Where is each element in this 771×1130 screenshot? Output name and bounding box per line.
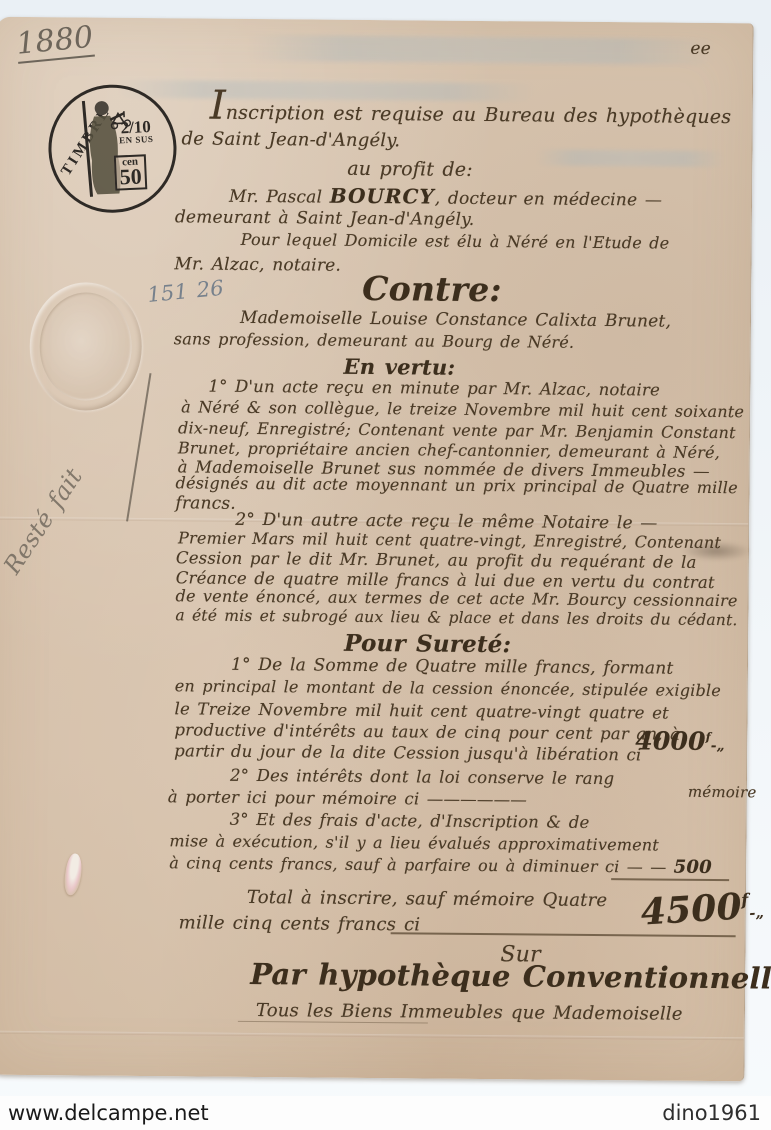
manuscript-line: 2° Des intérêts dont la loi conserve le … (230, 767, 614, 788)
manuscript-line: Mademoiselle Louise Constance Calixta Br… (240, 310, 671, 332)
beneficiary-prefix: Mr. Pascal (229, 187, 330, 208)
manuscript-title-line: Inscription est requise au Bureau des hy… (210, 95, 732, 128)
amount-total: 4500f-„ (640, 887, 765, 932)
amount-fees: 500 (674, 857, 712, 878)
revenue-stamp: TIMBRE 2/10 EN SUS cen 50 (46, 82, 179, 215)
manuscript-line: désignés au dit acte moyennant un prix p… (175, 475, 737, 497)
paper-tear (62, 852, 84, 896)
amount-principal: 4000f-„ (635, 728, 725, 755)
beneficiary-line: Mr. Pascal BOURCY, docteur en médecine — (229, 185, 662, 211)
manuscript-line: 3° Et des frais d'acte, d'Inscription & … (230, 811, 590, 831)
manuscript-line: 1° De la Somme de Quatre mille francs, f… (231, 657, 674, 679)
hypotheque-heading: Par hypothèque Conventionnelle (250, 959, 771, 994)
amount-total-value: 4500 (640, 886, 743, 934)
ledger-number-annotation: 151 26 (146, 277, 224, 306)
amount-total-suffix: -„ (749, 904, 765, 922)
watermark-bar: www.delcampe.net dino1961 (0, 1096, 771, 1130)
beneficiary-name: BOURCY (330, 184, 435, 209)
manuscript-line: partir du jour de la dite Cession jusqu'… (174, 742, 641, 763)
embossed-seal-inner (39, 292, 132, 401)
diagonal-annotation: Resté fait (0, 464, 87, 578)
manuscript-line: sans profession, demeurant au Bourg de N… (174, 331, 575, 351)
stamp-surcharge: 2/10 EN SUS (118, 118, 153, 145)
memo-label: mémoire (688, 785, 757, 801)
corner-mark: ee (690, 41, 711, 59)
manuscript-line: de Saint Jean-d'Angély. (181, 130, 400, 151)
manuscript-line: mise à exécution, s'il y a lieu évalués … (169, 833, 659, 854)
watermark-user: dino1961 (662, 1101, 771, 1125)
manuscript-line: a été mis et subrogé aux lieu & place et… (175, 607, 737, 628)
manuscript-line: demeurant à Saint Jean-d'Angély. (175, 209, 475, 229)
fees-line-text: à cinq cents francs, sauf à parfaire ou … (169, 853, 674, 876)
year-annotation: 1880 (15, 22, 95, 64)
manuscript-line: à porter ici pour mémoire ci —————— (168, 788, 527, 808)
bleedthrough-streak (246, 35, 716, 65)
manuscript-line: 1° D'un acte reçu en minute par Mr. Alza… (208, 378, 660, 399)
fold-crease (0, 1031, 744, 1041)
manuscript-line: à Néré & son collègue, le treize Novembr… (181, 399, 744, 421)
total-underline (391, 932, 736, 937)
amount-principal-value: 4000 (635, 726, 706, 756)
margin-slash (126, 373, 151, 521)
manuscript-line: mille cinq cents francs ci (179, 914, 421, 935)
manuscript-line: productive d'intérêts au taux de cinq po… (174, 721, 680, 743)
paper-sheet: 1880 ee 151 26 Resté fait TIMBRE 2/10 EN… (0, 17, 754, 1082)
fees-underline (611, 878, 729, 881)
manuscript-line: Cession par le dit Mr. Brunet, au profit… (176, 549, 697, 571)
manuscript-line: Total à inscrire, sauf mémoire Quatre (247, 889, 608, 911)
manuscript-line: le Treize Novembre mil huit cent quatre-… (175, 700, 669, 722)
scanned-page: 1880 ee 151 26 Resté fait TIMBRE 2/10 EN… (0, 0, 771, 1130)
contre-heading: Contre: (362, 272, 502, 308)
amount-principal-suffix: -„ (711, 738, 725, 754)
manuscript-line: francs. (175, 495, 236, 513)
beneficiary-suffix: , docteur en médecine — (435, 189, 662, 211)
bleedthrough-streak (535, 149, 725, 167)
manuscript-line: en principal le montant de la cession én… (175, 678, 721, 700)
stamp-denomination: cen 50 (114, 154, 148, 191)
fees-line: à cinq cents francs, sauf à parfaire ou … (169, 854, 712, 878)
vertu-heading: En vertu: (343, 356, 455, 379)
profit-heading: au profit de: (347, 160, 473, 181)
watermark-site: www.delcampe.net (0, 1101, 209, 1125)
surete-heading: Pour Sureté: (344, 632, 511, 658)
manuscript-line: Mr. Alzac, notaire. (174, 256, 341, 275)
embossed-seal-icon (29, 282, 142, 411)
manuscript-line: Pour lequel Domicile est élu à Néré en l… (241, 232, 670, 253)
